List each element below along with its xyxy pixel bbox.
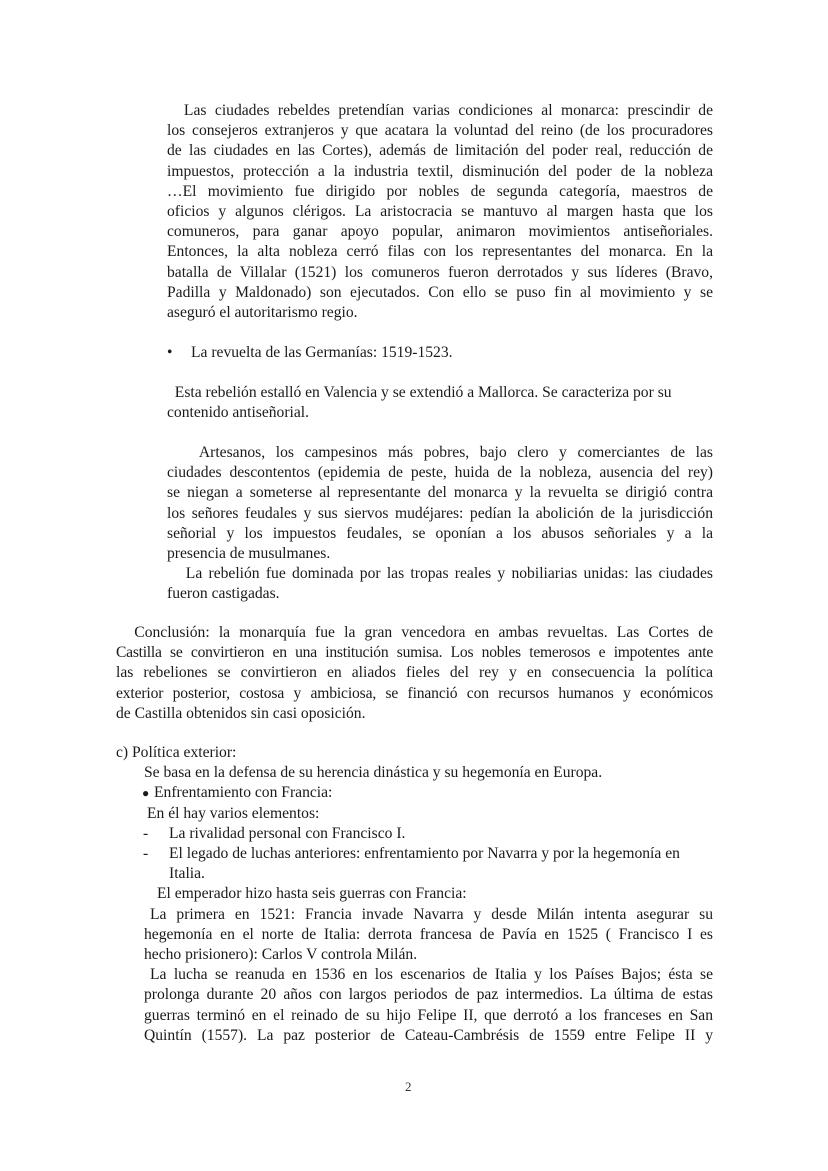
text-line: La lucha se reanuda en 1536 en los escen… bbox=[144, 965, 713, 985]
text-line: La rebelión fue dominada por las tropas … bbox=[167, 564, 713, 584]
text-line: batalla de Villalar (1521) los comuneros… bbox=[167, 263, 713, 283]
text-line: guerras terminó en el reinado de su hijo… bbox=[144, 1006, 713, 1026]
bullet-icon: ● bbox=[142, 783, 154, 803]
text-line: hecho prisionero): Carlos V controla Mil… bbox=[144, 945, 713, 965]
text-line: presencia de musulmanes. bbox=[167, 544, 713, 564]
list-item: La rivalidad personal con Francisco I. bbox=[169, 825, 405, 842]
text-line: Esta rebelión estalló en Valencia y se e… bbox=[167, 383, 713, 403]
dash-icon: - bbox=[143, 824, 169, 844]
text-line: los señores feudales y sus siervos mudéj… bbox=[167, 504, 713, 524]
comuneros-paragraph: Las ciudades rebeldes pretendían varias … bbox=[167, 101, 713, 323]
politica-exterior-section: c) Política exterior: Se basa en la defe… bbox=[116, 743, 713, 1046]
text-line: contenido antiseñorial. bbox=[167, 403, 713, 423]
document-page: Las ciudades rebeldes pretendían varias … bbox=[0, 0, 828, 1171]
text-line: los consejeros extranjeros y que acatara… bbox=[167, 121, 713, 141]
text-line: ciudades descontentos (epidemia de peste… bbox=[167, 463, 713, 483]
text-line: de Castilla obtenidos sin casi oposición… bbox=[116, 704, 713, 724]
text-line: Las ciudades rebeldes pretendían varias … bbox=[167, 101, 713, 121]
section-heading: c) Política exterior: bbox=[116, 743, 713, 763]
text-line: oficios y algunos clérigos. La aristocra… bbox=[167, 202, 713, 222]
text-line: comuneros, para ganar apoyo popular, ani… bbox=[167, 222, 713, 242]
list-item-continuation: Italia. bbox=[116, 864, 713, 884]
section-intro: Se basa en la defensa de su herencia din… bbox=[116, 763, 713, 783]
list-item: El legado de luchas anteriores: enfrenta… bbox=[169, 845, 680, 862]
text-line: prolonga durante 20 años con largos peri… bbox=[144, 985, 713, 1005]
dash-icon: - bbox=[143, 844, 169, 864]
text-line: hegemonía en el norte de Italia: derrota… bbox=[144, 925, 713, 945]
text-line: Entonces, la alta nobleza cerró filas co… bbox=[167, 242, 713, 262]
text-line: señorial y los impuestos feudales, se op… bbox=[167, 524, 713, 544]
text-line: impuestos, protección a la industria tex… bbox=[167, 162, 713, 182]
elements-intro: En él hay varios elementos: bbox=[116, 804, 713, 824]
text-line: aseguró el autoritarismo regio. bbox=[167, 303, 713, 323]
text-line: exterior posterior, costosa y ambiciosa,… bbox=[116, 684, 713, 704]
germanias-heading: •La revuelta de las Germanías: 1519-1523… bbox=[167, 343, 713, 363]
later-wars-paragraph: La lucha se reanuda en 1536 en los escen… bbox=[116, 965, 713, 1046]
text-line: Padilla y Maldonado) son ejecutados. Con… bbox=[167, 283, 713, 303]
bullet-icon: • bbox=[167, 343, 191, 363]
germanias-detail-paragraph: Artesanos, los campesinos más pobres, ba… bbox=[167, 443, 713, 605]
text-line: Conclusión: la monarquía fue la gran ven… bbox=[116, 623, 713, 643]
text-line: Quintín (1557). La paz posterior de Cate… bbox=[144, 1026, 713, 1046]
germanias-heading-text: La revuelta de las Germanías: 1519-1523. bbox=[191, 344, 453, 361]
text-line: …El movimiento fue dirigido por nobles d… bbox=[167, 182, 713, 202]
first-war-paragraph: La primera en 1521: Francia invade Navar… bbox=[116, 905, 713, 966]
conclusion-paragraph: Conclusión: la monarquía fue la gran ven… bbox=[116, 623, 713, 724]
sub-heading: Enfrentamiento con Francia: bbox=[154, 784, 332, 801]
text-line: las rebeliones se convirtieron en aliado… bbox=[116, 663, 713, 683]
text-line: de las ciudades en las Cortes), además d… bbox=[167, 141, 713, 161]
wars-intro: El emperador hizo hasta seis guerras con… bbox=[116, 884, 713, 904]
text-line: La primera en 1521: Francia invade Navar… bbox=[144, 905, 713, 925]
text-line: se niegan a someterse al representante d… bbox=[167, 483, 713, 503]
text-line: Castilla se convirtieron en una instituc… bbox=[116, 643, 713, 663]
page-number: 2 bbox=[405, 1077, 412, 1097]
germanias-intro-paragraph: Esta rebelión estalló en Valencia y se e… bbox=[167, 383, 713, 423]
text-line: Artesanos, los campesinos más pobres, ba… bbox=[167, 443, 713, 463]
text-line: fueron castigadas. bbox=[167, 584, 713, 604]
